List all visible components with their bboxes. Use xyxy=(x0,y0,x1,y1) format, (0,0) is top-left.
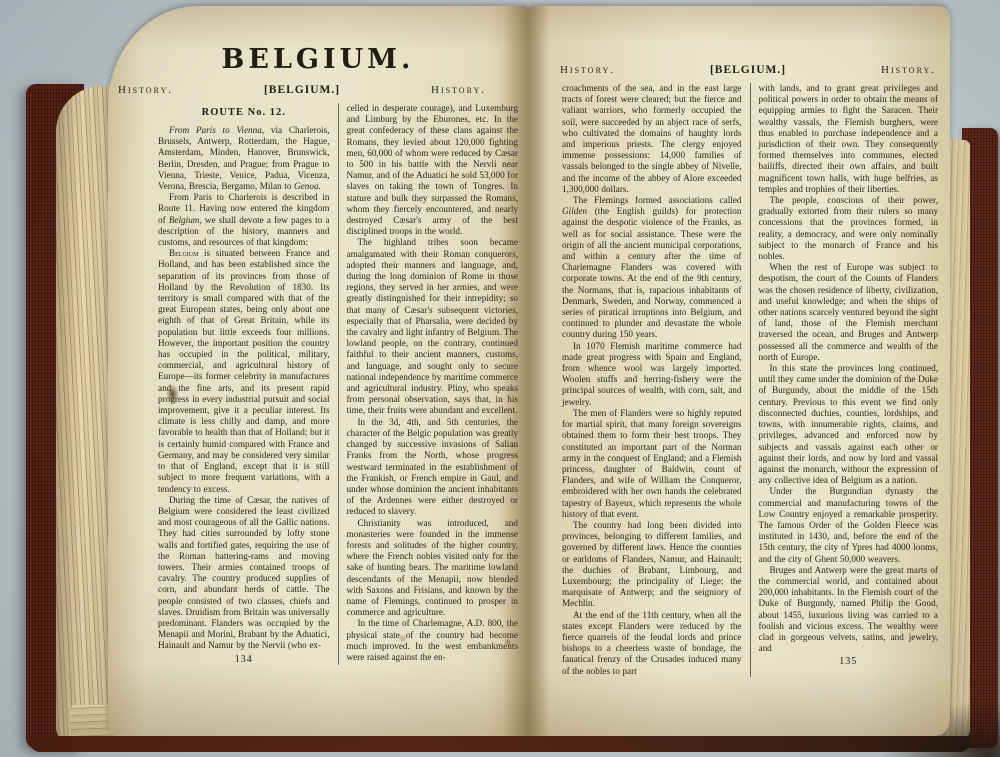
paragraph: From Paris to Charlerois is described in… xyxy=(158,192,330,248)
column-text: celled in desperate courage), and Luxemb… xyxy=(347,103,519,663)
right-page: History. [BELGIUM.] History. croachments… xyxy=(528,6,950,736)
route-heading: ROUTE No. 12. xyxy=(158,107,330,118)
paragraph: Christianity was introduced, and monaste… xyxy=(347,518,519,619)
paragraph: The Flemings formed associations called … xyxy=(562,195,742,341)
running-head-center: [BELGIUM.] xyxy=(264,84,340,96)
paragraph: In this state the provinces long continu… xyxy=(759,363,939,486)
column-left: ROUTE No. 12. From Paris to Vienna, via … xyxy=(158,103,338,665)
paragraph: croachments of the sea, and in the east … xyxy=(562,83,742,195)
page-number: 134 xyxy=(158,654,330,665)
paragraph: Bruges and Antwerp were the great marts … xyxy=(759,565,939,655)
paragraph: Under the Burgundian dynasty the commerc… xyxy=(759,486,939,564)
paragraph: with lands, and to grant great privilege… xyxy=(759,83,939,195)
paragraph: In 1070 Flemish maritime commerce had ma… xyxy=(562,341,742,408)
page-number: 135 xyxy=(759,656,939,667)
running-head-left: History. xyxy=(560,64,615,76)
page-title: BELGIUM. xyxy=(108,44,528,75)
column-text: croachments of the sea, and in the east … xyxy=(562,83,742,677)
paragraph: When the rest of Europe was subject to d… xyxy=(759,262,939,363)
column-right: with lands, and to grant great privilege… xyxy=(750,83,939,677)
running-head-left: History. xyxy=(118,84,173,96)
book-cover-bottom-edge xyxy=(30,736,970,752)
running-head-center: [BELGIUM.] xyxy=(710,64,786,76)
paragraph: During the time of Cæsar, the natives of… xyxy=(158,495,330,652)
column-right: celled in desperate courage), and Luxemb… xyxy=(338,103,519,665)
paragraph: From Paris to Vienna, via Charlerois, Br… xyxy=(158,125,330,192)
paragraph: celled in desperate courage), and Luxemb… xyxy=(347,103,519,237)
column-text: From Paris to Vienna, via Charlerois, Br… xyxy=(158,125,330,652)
running-head-right: History. xyxy=(881,64,936,76)
book-photo: { "colors":{"cover":"#5a2317","paper":"#… xyxy=(0,0,1000,757)
open-book-spread: BELGIUM. History. [BELGIUM.] History. RO… xyxy=(108,6,950,736)
red-speck xyxy=(504,638,512,646)
running-head-row: History. [BELGIUM.] History. xyxy=(118,84,486,96)
paragraph: The highland tribes soon became amalgama… xyxy=(347,237,519,416)
paragraph: Belgium is situated between France and H… xyxy=(158,248,330,494)
column-left: croachments of the sea, and in the east … xyxy=(562,83,750,677)
paragraph: The country had long been divided into p… xyxy=(562,520,742,610)
running-head-row: History. [BELGIUM.] History. xyxy=(560,64,936,76)
paragraph: In the 3d, 4th, and 5th centuries, the c… xyxy=(347,417,519,518)
text-columns: ROUTE No. 12. From Paris to Vienna, via … xyxy=(108,103,528,665)
text-columns: croachments of the sea, and in the east … xyxy=(528,83,950,677)
paragraph: The people, conscious of their power, gr… xyxy=(759,195,939,262)
running-head-right: History. xyxy=(431,84,486,96)
paragraph: In the time of Charlemagne, A.D. 800, th… xyxy=(347,618,519,663)
column-text: with lands, and to grant great privilege… xyxy=(759,83,939,654)
paragraph: At the end of the 11th century, when all… xyxy=(562,610,742,677)
left-page: BELGIUM. History. [BELGIUM.] History. RO… xyxy=(108,6,528,736)
paragraph: The men of Flanders were so highly reput… xyxy=(562,408,742,520)
